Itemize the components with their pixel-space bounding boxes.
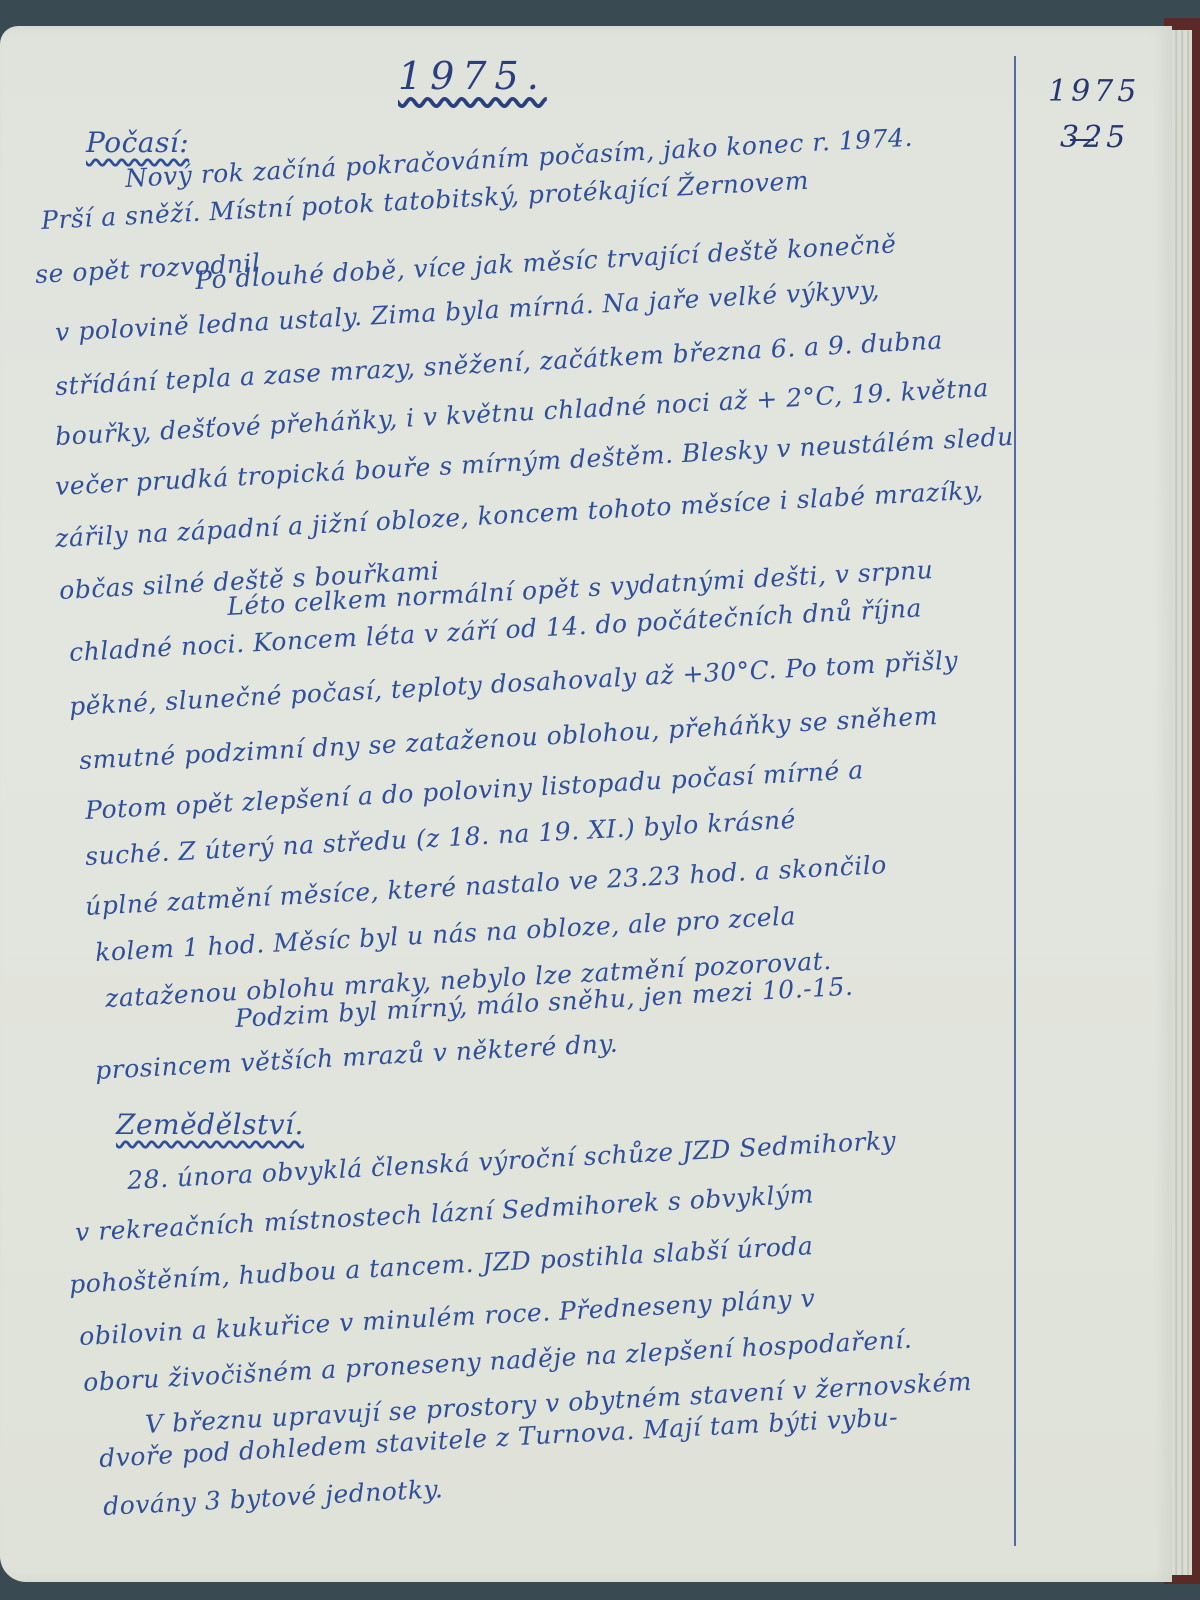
text-line: dovány 3 bytové jednotky. <box>102 1474 443 1521</box>
section-heading-weather: Počasí: <box>86 126 189 159</box>
page-title: 1975. <box>398 54 547 98</box>
margin-page-number: 325 <box>1060 120 1129 155</box>
margin-line <box>1014 56 1016 1546</box>
section-heading-agriculture: Zemědělství. <box>116 1108 304 1141</box>
text-line: prosincem větších mrazů v některé dny. <box>94 1029 618 1085</box>
chronicle-page: 1975. 1975 325 Počasí: Nový rok začíná p… <box>0 26 1172 1582</box>
margin-year: 1975 <box>1048 74 1140 109</box>
